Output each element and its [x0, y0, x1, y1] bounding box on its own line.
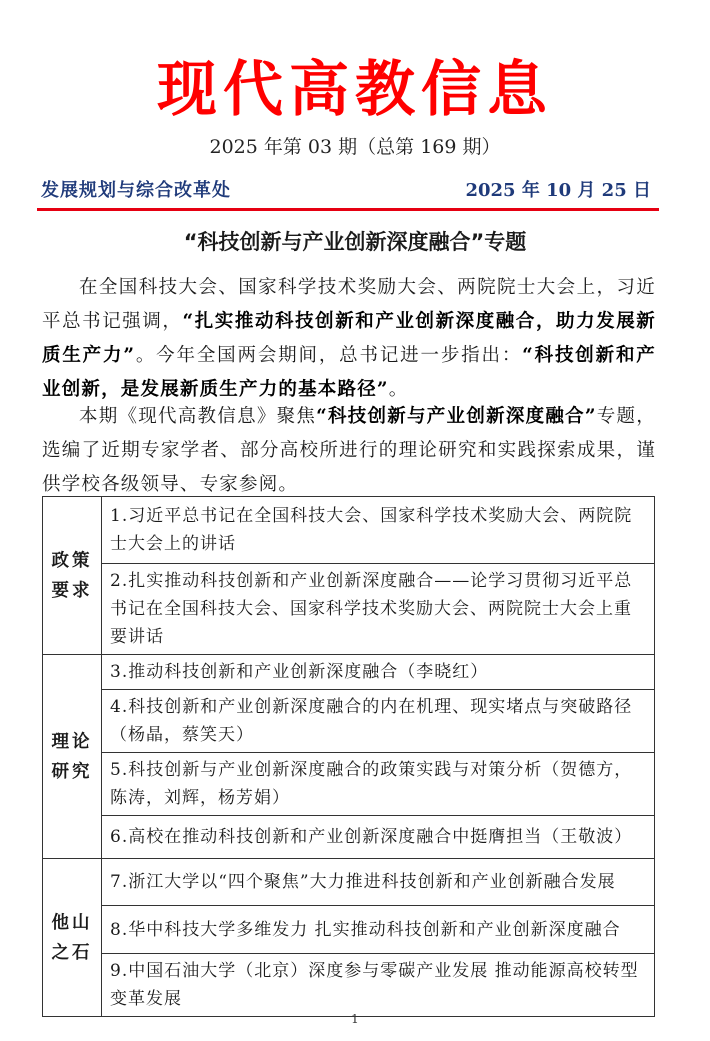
toc-item-9[interactable]: 9.中国石油大学（北京）深度参与零碳产业发展 推动能源高校转型变革发展 [102, 954, 655, 1017]
toc-item-4[interactable]: 4.科技创新和产业创新深度融合的内在机理、现实堵点与突破路径（杨晶，蔡笑天） [102, 690, 655, 753]
toc-item-8[interactable]: 8.华中科技大学多维发力 扎实推动科技创新和产业创新深度融合 [102, 906, 655, 954]
p1-mid: 。今年全国两会期间，总书记进一步指出： [135, 345, 522, 366]
table-row: 他山 之石 7.浙江大学以“四个聚焦”大力推进科技创新和产业创新融合发展 [43, 859, 655, 906]
masthead-title: 现代高教信息 [0, 52, 710, 128]
header-row: 发展规划与综合改革处 2025 年 10 月 25 日 [37, 178, 659, 206]
p2-lead: 本期《现代高教信息》聚焦 [79, 406, 316, 427]
intro-paragraph-2: 本期《现代高教信息》聚焦“科技创新与产业创新深度融合”专题，选编了近期专家学者、… [42, 400, 656, 502]
issue-number: 2025 年第 03 期（总第 169 期） [0, 133, 710, 161]
issue-date: 2025 年 10 月 25 日 [465, 178, 651, 204]
table-row: 4.科技创新和产业创新深度融合的内在机理、现实堵点与突破路径（杨晶，蔡笑天） [43, 690, 655, 753]
table-row: 政策 要求 1.习近平总书记在全国科技大会、国家科学技术奖励大会、两院院士大会上… [43, 497, 655, 564]
toc-item-7[interactable]: 7.浙江大学以“四个聚焦”大力推进科技创新和产业创新融合发展 [102, 859, 655, 906]
topic-title: “科技创新与产业创新深度融合”专题 [0, 226, 710, 258]
department-name: 发展规划与综合改革处 [41, 178, 231, 204]
category-case-studies: 他山 之石 [43, 859, 102, 1017]
toc-item-1[interactable]: 1.习近平总书记在全国科技大会、国家科学技术奖励大会、两院院士大会上的讲话 [102, 497, 655, 564]
toc-item-5[interactable]: 5.科技创新与产业创新深度融合的政策实践与对策分析（贺德方，陈涛，刘辉，杨芳娟） [102, 753, 655, 816]
table-row: 理论 研究 3.推动科技创新和产业创新深度融合（李晓红） [43, 655, 655, 690]
toc-item-6[interactable]: 6.高校在推动科技创新和产业创新深度融合中挺膺担当（王敬波） [102, 816, 655, 859]
table-row: 8.华中科技大学多维发力 扎实推动科技创新和产业创新深度融合 [43, 906, 655, 954]
toc-item-2[interactable]: 2.扎实推动科技创新和产业创新深度融合——论学习贯彻习近平总书记在全国科技大会、… [102, 564, 655, 655]
p1-end: 。 [389, 379, 409, 400]
table-row: 2.扎实推动科技创新和产业创新深度融合——论学习贯彻习近平总书记在全国科技大会、… [43, 564, 655, 655]
table-row: 5.科技创新与产业创新深度融合的政策实践与对策分析（贺德方，陈涛，刘辉，杨芳娟） [43, 753, 655, 816]
category-policy: 政策 要求 [43, 497, 102, 655]
category-theory: 理论 研究 [43, 655, 102, 859]
table-row: 6.高校在推动科技创新和产业创新深度融合中挺膺担当（王敬波） [43, 816, 655, 859]
red-divider [37, 208, 659, 211]
toc-item-3[interactable]: 3.推动科技创新和产业创新深度融合（李晓红） [102, 655, 655, 690]
table-of-contents: 政策 要求 1.习近平总书记在全国科技大会、国家科学技术奖励大会、两院院士大会上… [42, 496, 655, 1017]
page-number: 1 [0, 1012, 710, 1026]
p2-quote: “科技创新与产业创新深度融合” [316, 406, 597, 427]
table-row: 9.中国石油大学（北京）深度参与零碳产业发展 推动能源高校转型变革发展 [43, 954, 655, 1017]
intro-paragraph-1: 在全国科技大会、国家科学技术奖励大会、两院院士大会上，习近平总书记强调，“扎实推… [42, 271, 656, 407]
